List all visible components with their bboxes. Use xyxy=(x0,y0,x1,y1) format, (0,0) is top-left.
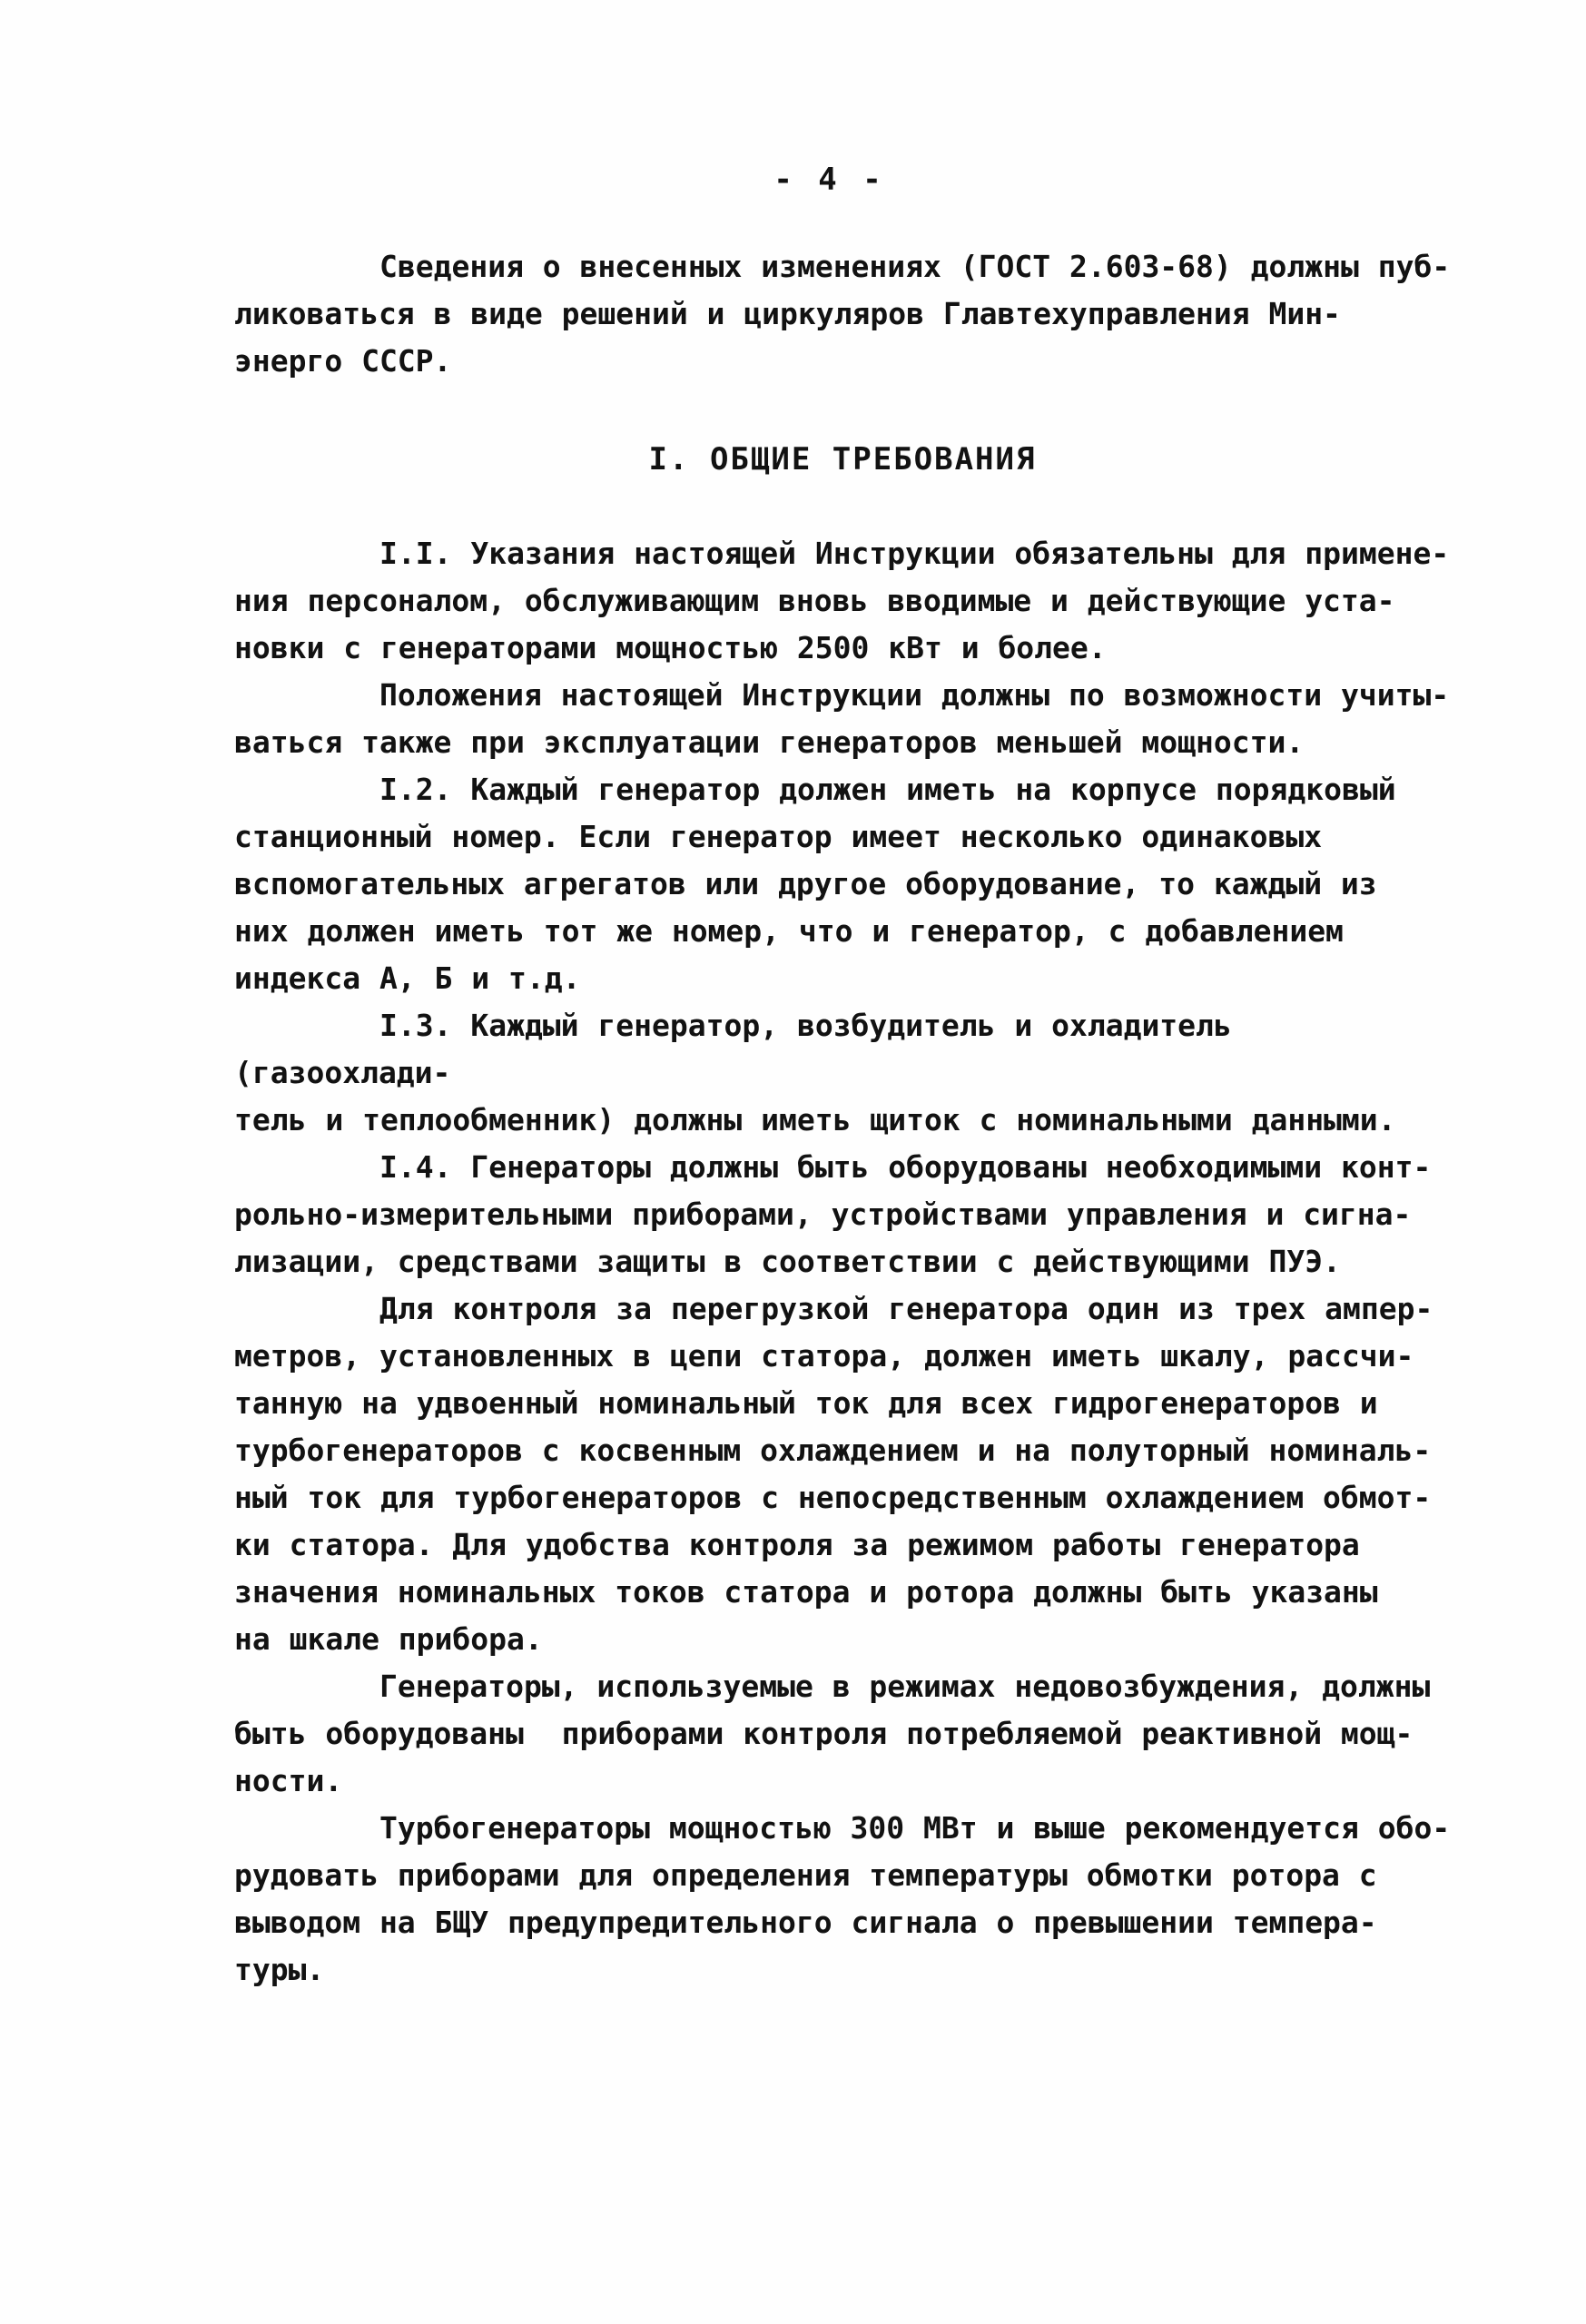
clause-1-4-overload-paragraph: Для контроля за перегрузкой генератора о… xyxy=(234,1285,1451,1663)
page-number: - 4 - xyxy=(234,162,1424,198)
intro-paragraph: Сведения о внесенных изменениях (ГОСТ 2.… xyxy=(234,243,1451,385)
page-content: Сведения о внесенных изменениях (ГОСТ 2.… xyxy=(234,243,1451,1994)
clause-1-4-underexcitation-paragraph: Генераторы, используемые в режимах недов… xyxy=(234,1663,1451,1805)
clause-1-3-paragraph: I.3. Каждый генератор, возбудитель и охл… xyxy=(234,1002,1451,1144)
clause-1-4-turbo-300-paragraph: Турбогенераторы мощностью 300 МВт и выше… xyxy=(234,1805,1451,1994)
document-page: - 4 - Сведения о внесенных изменениях (Г… xyxy=(0,0,1586,2324)
clause-1-4-paragraph: I.4. Генераторы должны быть оборудованы … xyxy=(234,1144,1451,1285)
clause-1-2-paragraph: I.2. Каждый генератор должен иметь на ко… xyxy=(234,766,1451,1002)
clause-1-1-note-paragraph: Положения настоящей Инструкции должны по… xyxy=(234,672,1451,766)
section-heading: I. ОБЩИЕ ТРЕБОВАНИЯ xyxy=(234,436,1451,483)
clause-1-1-paragraph: I.I. Указания настоящей Инструкции обяза… xyxy=(234,530,1451,672)
